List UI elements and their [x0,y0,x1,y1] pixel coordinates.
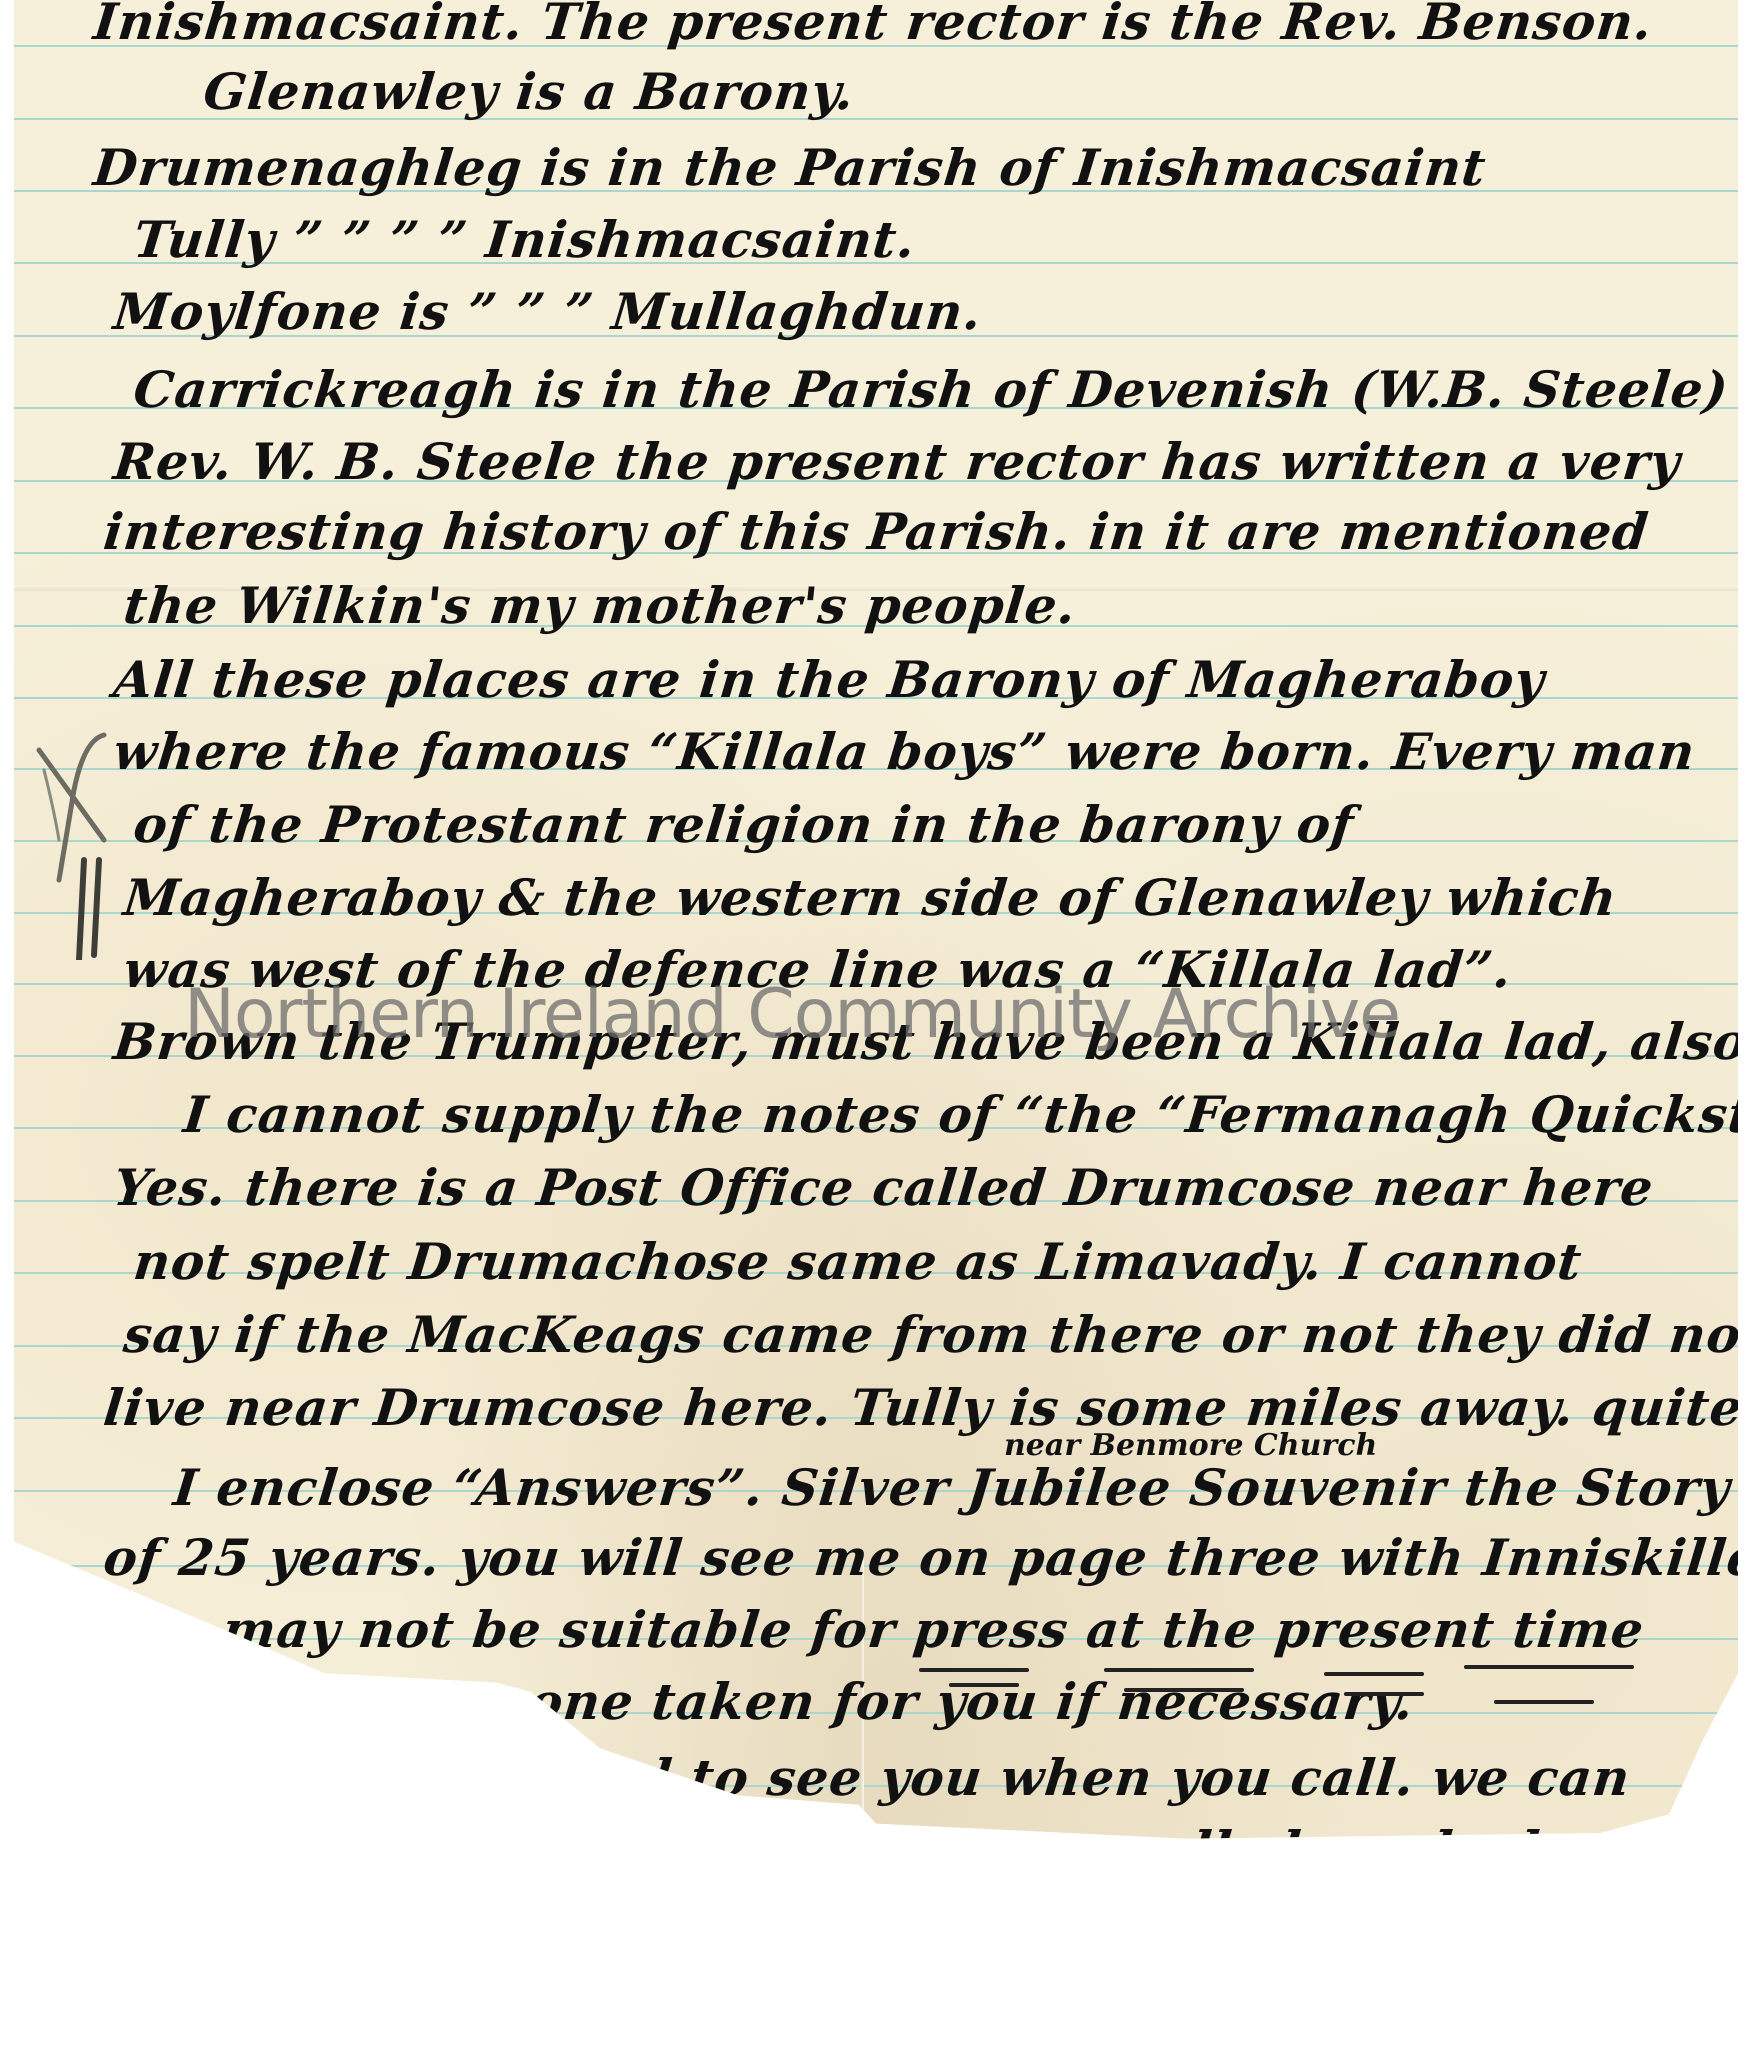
ink-underline [1124,1688,1244,1692]
handwritten-line: but could have one taken for you if nece… [81,1672,1417,1731]
handwritten-line: Yes. there is a Post Office called Drumc… [111,1158,1657,1217]
ink-underline [1494,1700,1594,1704]
handwritten-line: I shall be pleased to see you when you c… [161,1748,1633,1807]
ink-underline [1104,1668,1254,1672]
handwritten-line: where the famous “Killala boys” were bor… [111,722,1698,781]
handwritten-line: of 25 years. you will see me on page thr… [101,1528,1751,1587]
letter-page: Inishmacsaint. The present rector is the… [14,0,1738,1880]
ink-underline [1324,1672,1424,1676]
handwritten-line: Glenawley is a Barony. [201,62,858,121]
handwritten-line: Moylfone is ” ” ” Mullaghdun. [111,282,985,341]
handwritten-line: interesting history of this Parish. in i… [101,502,1652,561]
ruled-line [14,1858,1738,1860]
handwritten-line: of the Protestant religion in the barony… [131,795,1357,854]
handwritten-line: All these places are in the Barony of Ma… [111,650,1548,709]
pencil-margin-mark-icon [34,730,134,960]
handwritten-line: not spelt Drumachose same as Limavady. I… [131,1232,1585,1291]
handwritten-line: I cannot supply the notes of “the “Ferma… [181,1085,1751,1144]
handwritten-line: discuss many topics. Bill Beckman called… [101,1820,1733,1879]
handwritten-line: this may not be suitable for press at th… [91,1600,1647,1659]
ink-underline [919,1668,1029,1672]
handwritten-line: Carrickreagh is in the Parish of Devenis… [131,360,1732,419]
handwritten-line: Tully ” ” ” ” Inishmacsaint. [131,210,919,269]
handwritten-line: Magheraboy & the western side of Glenawl… [121,868,1620,927]
handwritten-line: Rev. W. B. Steele the present rector has… [111,432,1684,491]
handwritten-line: live near Drumcose here. Tully is some m… [101,1378,1746,1437]
handwritten-line: say if the MacKeags came from there or n… [121,1305,1751,1364]
handwritten-line: Drumenaghleg is in the Parish of Inishma… [91,138,1489,197]
ink-underline [1464,1665,1634,1669]
archive-watermark: Northern Ireland Community Archive [184,975,1400,1054]
ink-underline [1344,1692,1424,1696]
handwritten-line: I enclose “Answers”. Silver Jubilee Souv… [171,1458,1733,1517]
handwritten-line: the Wilkin's my mother's people. [121,576,1079,635]
ink-underline [949,1683,1019,1687]
handwritten-line: Inishmacsaint. The present rector is the… [91,0,1656,51]
